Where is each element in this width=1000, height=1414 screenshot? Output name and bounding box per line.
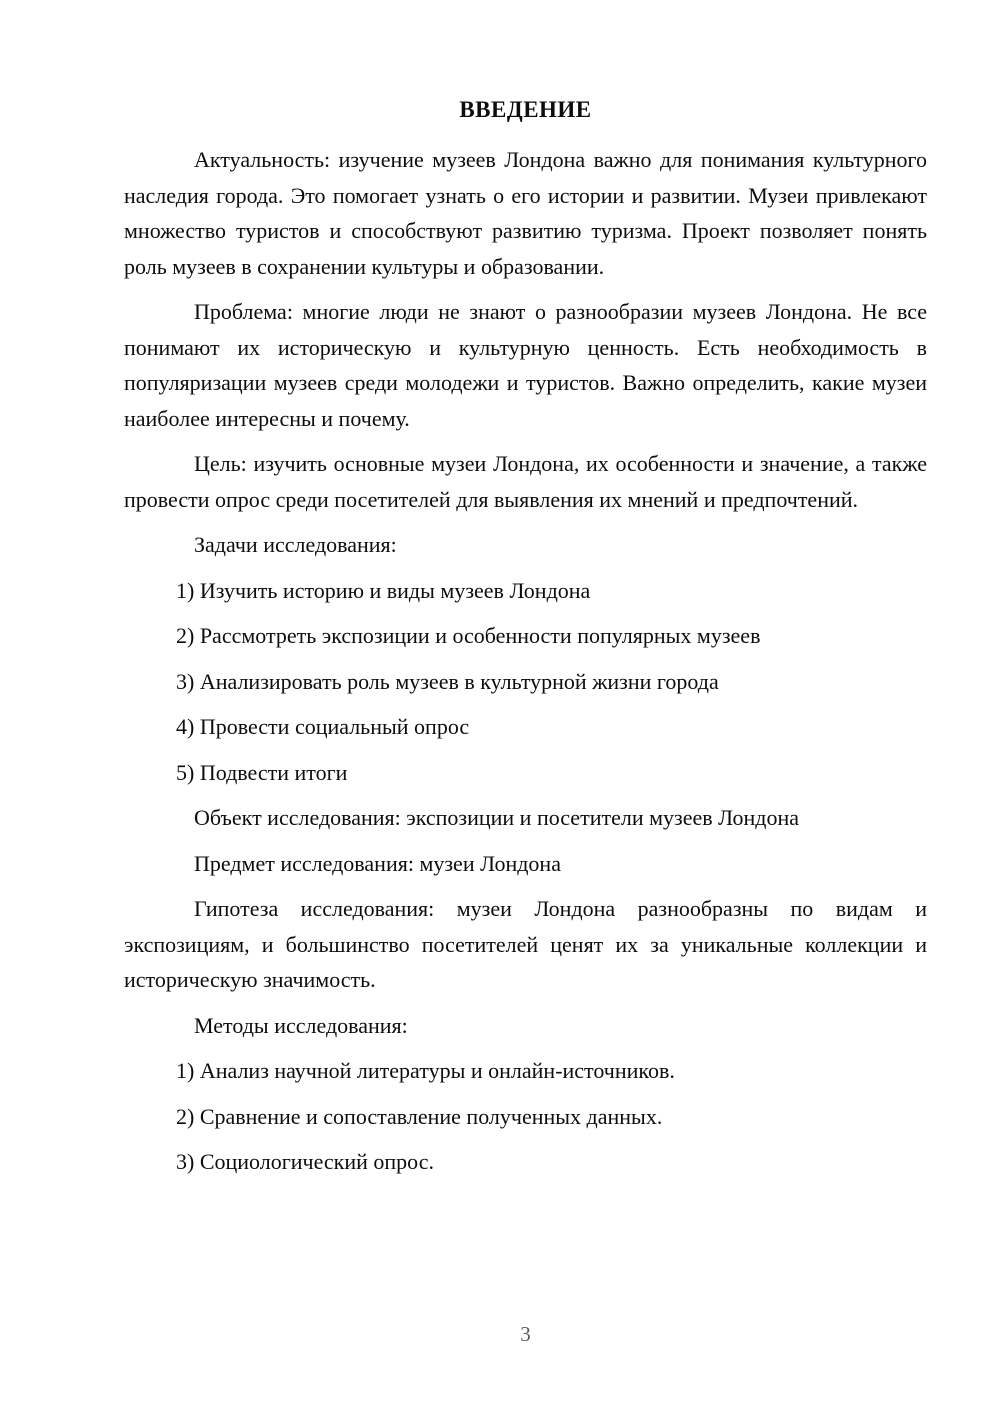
task-item: 1) Изучить историю и виды музеев Лондона xyxy=(124,573,927,609)
document-page: ВВЕДЕНИЕ Актуальность: изучение музеев Л… xyxy=(0,0,1000,1414)
paragraph-goal: Цель: изучить основные музеи Лондона, их… xyxy=(124,446,927,517)
methods-heading: Методы исследования: xyxy=(124,1008,927,1044)
method-item: 3) Социологический опрос. xyxy=(124,1144,927,1180)
method-item: 2) Сравнение и сопоставление полученных … xyxy=(124,1099,927,1135)
methods-list: 1) Анализ научной литературы и онлайн-ис… xyxy=(124,1053,927,1180)
task-item: 4) Провести социальный опрос xyxy=(124,709,927,745)
paragraph-relevance: Актуальность: изучение музеев Лондона ва… xyxy=(124,142,927,284)
method-item: 1) Анализ научной литературы и онлайн-ис… xyxy=(124,1053,927,1089)
task-item: 5) Подвести итоги xyxy=(124,755,927,791)
task-item: 3) Анализировать роль музеев в культурно… xyxy=(124,664,927,700)
page-number: 3 xyxy=(124,1322,927,1347)
paragraph-subject: Предмет исследования: музеи Лондона xyxy=(124,846,927,882)
paragraph-object: Объект исследования: экспозиции и посети… xyxy=(124,800,927,836)
task-item: 2) Рассмотреть экспозиции и особенности … xyxy=(124,618,927,654)
task-list: 1) Изучить историю и виды музеев Лондона… xyxy=(124,573,927,791)
page-title: ВВЕДЕНИЕ xyxy=(124,92,927,127)
tasks-heading: Задачи исследования: xyxy=(124,527,927,563)
paragraph-problem: Проблема: многие люди не знают о разнооб… xyxy=(124,294,927,436)
paragraph-hypothesis: Гипотеза исследования: музеи Лондона раз… xyxy=(124,891,927,998)
